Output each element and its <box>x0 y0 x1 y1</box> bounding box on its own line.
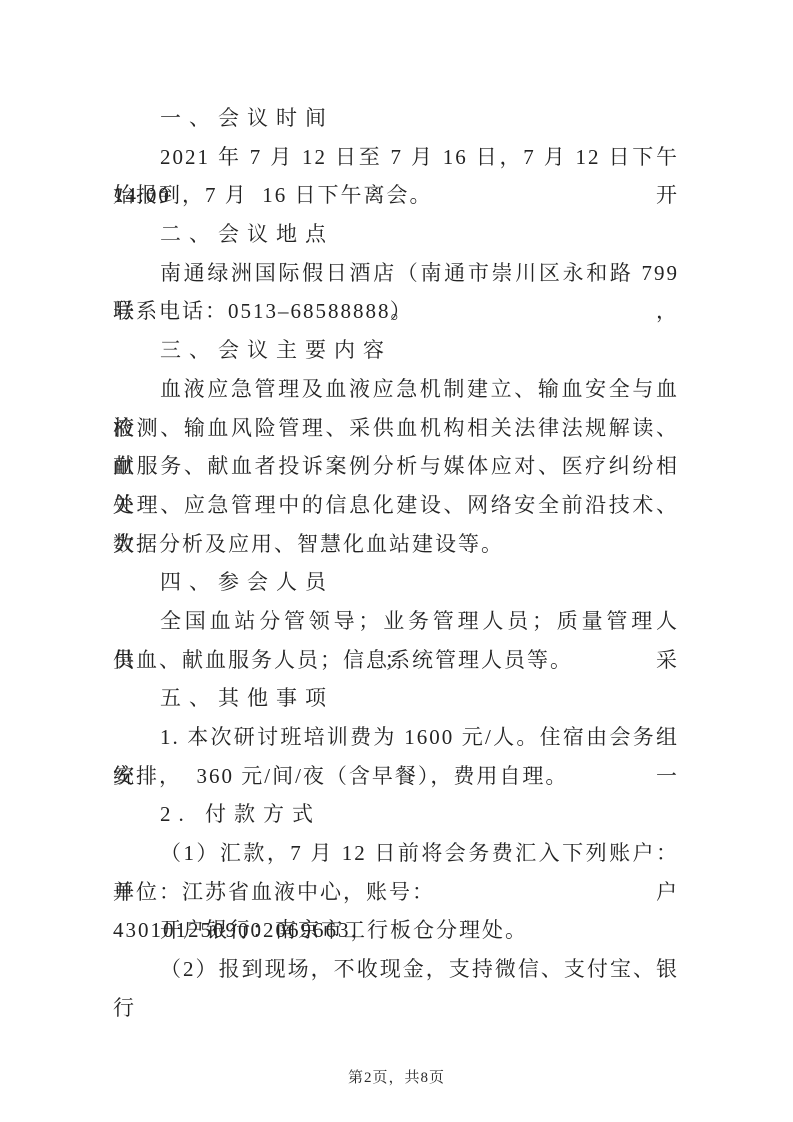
page-number-footer: 第2页，共8页 <box>0 1066 793 1087</box>
section-heading-2: 二、会议地点 <box>113 215 679 254</box>
doc-line: 全国血站分管领导；业务管理人员；质量管理人员；采 <box>113 602 679 641</box>
doc-line: （1）汇款，7 月 12 日前将会务费汇入下列账户：开户 <box>113 834 679 873</box>
section-heading-3: 三、会议主要内容 <box>113 331 679 370</box>
subsection-heading: 2. 付款方式 <box>113 795 679 834</box>
document-body: 一、会议时间 2021 年 7 月 12 日至 7 月 16 日，7 月 12 … <box>113 99 679 989</box>
doc-line: 血服务、献血者投诉案例分析与媒体应对、医疗纠纷相关 <box>113 447 679 486</box>
doc-line: 2021 年 7 月 12 日至 7 月 16 日，7 月 12 日下午 14:… <box>113 138 679 177</box>
section-heading-1: 一、会议时间 <box>113 99 679 138</box>
doc-line: 处理、应急管理中的信息化建设、网络安全前沿技术、大 <box>113 486 679 525</box>
section-heading-5: 五、其他事项 <box>113 679 679 718</box>
doc-line: 检测、输血风险管理、采供血机构相关法律法规解读、献 <box>113 409 679 448</box>
doc-line: 数据分析及应用、智慧化血站建设等。 <box>113 525 679 564</box>
doc-line: 南通绿洲国际假日酒店（南通市崇川区永和路 799 号）， <box>113 254 679 293</box>
doc-line: 开户银行：南京市工行板仓分理处。 <box>113 911 679 950</box>
doc-line: 血液应急管理及血液应急机制建立、输血安全与血液 <box>113 370 679 409</box>
document-page: 一、会议时间 2021 年 7 月 12 日至 7 月 16 日，7 月 12 … <box>0 0 793 1122</box>
doc-line: 1. 本次研讨班培训费为 1600 元/人。住宿由会务组统一 <box>113 718 679 757</box>
doc-line: （2）报到现场，不收现金，支持微信、支付宝、银行 <box>113 950 679 989</box>
section-heading-4: 四、参会人员 <box>113 563 679 602</box>
